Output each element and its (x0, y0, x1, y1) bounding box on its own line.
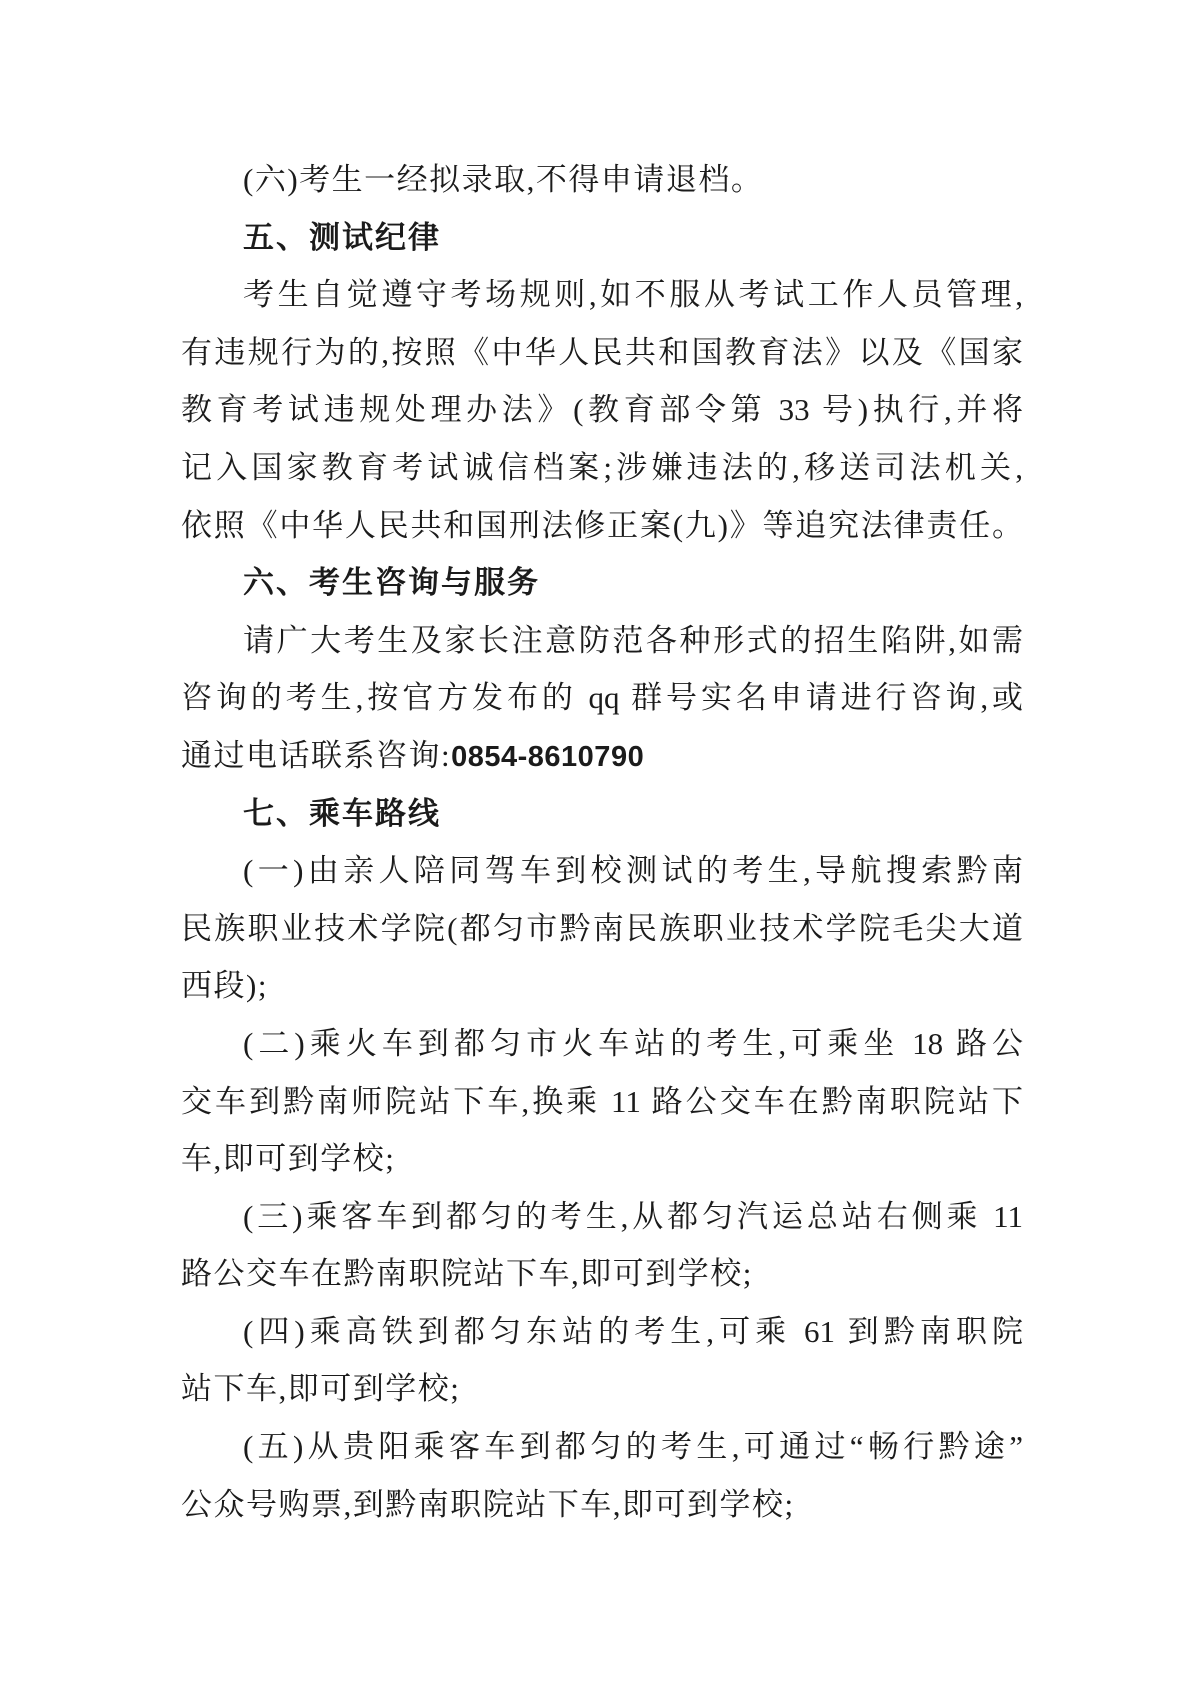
doc-line: 记入国家教育考试诚信档案;涉嫌违法的,移送司法机关, (181, 439, 1023, 497)
line-text: 通过电话联系咨询: (181, 738, 451, 773)
doc-line: 站下车,即可到学校; (181, 1360, 1023, 1418)
doc-line: 通过电话联系咨询:0854-8610790 (181, 727, 1023, 785)
section-heading: 五、测试纪律 (181, 209, 1023, 267)
doc-line: 有违规行为的,按照《中华人民共和国教育法》以及《国家 (181, 324, 1023, 382)
doc-line: 交车到黔南师院站下车,换乘 11 路公交车在黔南职院站下 (181, 1073, 1023, 1131)
doc-line: (二)乘火车到都匀市火车站的考生,可乘坐 18 路公 (181, 1015, 1023, 1073)
doc-line: 考生自觉遵守考场规则,如不服从考试工作人员管理, (181, 266, 1023, 324)
doc-line: 依照《中华人民共和国刑法修正案(九)》等追究法律责任。 (181, 497, 1023, 555)
document-page: (六)考生一经拟录取,不得申请退档。五、测试纪律考生自觉遵守考场规则,如不服从考… (0, 0, 1191, 1684)
section-heading: 七、乘车路线 (181, 785, 1023, 843)
doc-line: (四)乘高铁到都匀东站的考生,可乘 61 到黔南职院 (181, 1303, 1023, 1361)
doc-line: (六)考生一经拟录取,不得申请退档。 (181, 151, 1023, 209)
doc-line: 请广大考生及家长注意防范各种形式的招生陷阱,如需 (181, 612, 1023, 670)
doc-line: 西段); (181, 957, 1023, 1015)
doc-line: (五)从贵阳乘客车到都匀的考生,可通过“畅行黔途” (181, 1418, 1023, 1476)
section-heading: 六、考生咨询与服务 (181, 554, 1023, 612)
doc-line: 车,即可到学校; (181, 1130, 1023, 1188)
doc-line: 咨询的考生,按官方发布的 qq 群号实名申请进行咨询,或 (181, 669, 1023, 727)
doc-line: (一)由亲人陪同驾车到校测试的考生,导航搜索黔南 (181, 842, 1023, 900)
doc-line: 教育考试违规处理办法》(教育部令第 33 号)执行,并将 (181, 381, 1023, 439)
doc-line: 路公交车在黔南职院站下车,即可到学校; (181, 1245, 1023, 1303)
phone-number: 0854-8610790 (451, 741, 644, 773)
doc-line: (三)乘客车到都匀的考生,从都匀汽运总站右侧乘 11 (181, 1188, 1023, 1246)
doc-line: 民族职业技术学院(都匀市黔南民族职业技术学院毛尖大道 (181, 900, 1023, 958)
doc-line: 公众号购票,到黔南职院站下车,即可到学校; (181, 1476, 1023, 1534)
text-block: (六)考生一经拟录取,不得申请退档。五、测试纪律考生自觉遵守考场规则,如不服从考… (181, 151, 1023, 1533)
